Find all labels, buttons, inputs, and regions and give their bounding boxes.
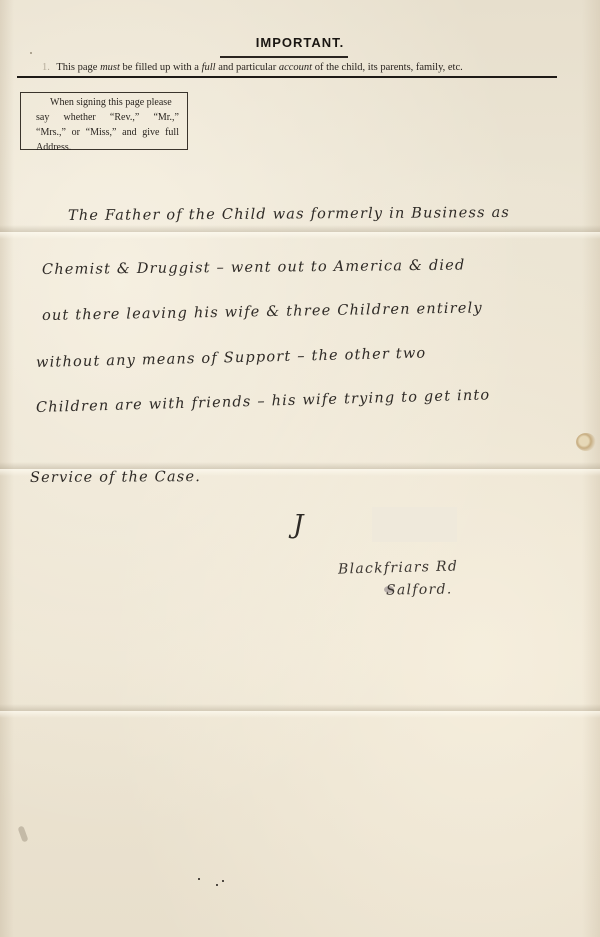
page-title: IMPORTANT.	[0, 35, 600, 50]
paper-scuff	[17, 825, 28, 842]
fold-crease	[0, 225, 600, 239]
instruction-text: 1. This page must be filled up with a fu…	[42, 62, 562, 73]
handwritten-line: The Father of the Child was formerly in …	[68, 205, 510, 224]
redacted-signature-name	[372, 507, 457, 542]
paper-speck	[222, 880, 224, 882]
signature-address-line: Salford.	[386, 581, 453, 598]
instruction-part: and particular	[216, 62, 279, 73]
handwritten-line: Chemist & Druggist – went out to America…	[42, 258, 466, 278]
header-rule	[17, 76, 557, 78]
handwritten-line: Children are with friends – his wife try…	[36, 387, 491, 416]
instruction-part-emphasis: full	[202, 62, 216, 73]
instruction-part: be filled up with a	[120, 62, 202, 73]
document-page: IMPORTANT. 1. This page must be filled u…	[0, 0, 600, 937]
handwritten-line: out there leaving his wife & three Child…	[42, 300, 483, 324]
signature-initial: J	[293, 510, 303, 540]
notice-line: Address.	[36, 140, 179, 155]
handwritten-line: Service of the Case.	[30, 469, 201, 486]
paper-speck	[30, 52, 32, 54]
notice-line: “Mrs.,” or “Miss,” and give full	[36, 125, 179, 140]
instruction-number: 1.	[42, 62, 50, 73]
notice-line: say whether “Rev.,” “Mr.,”	[36, 110, 179, 125]
instruction-part-emphasis: must	[100, 62, 120, 73]
paper-stain	[576, 433, 596, 451]
fold-crease	[0, 704, 600, 718]
title-underline	[220, 56, 348, 58]
instruction-part: This page	[56, 62, 100, 73]
notice-line: When signing this page please	[36, 95, 179, 110]
handwritten-line: without any means of Support – the other…	[36, 345, 427, 371]
instruction-part-emphasis: account	[279, 62, 312, 73]
paper-speck	[216, 884, 218, 886]
signing-notice-box: When signing this page please say whethe…	[20, 92, 188, 150]
instruction-part: of the child, its parents, family, etc.	[312, 62, 463, 73]
paper-speck	[198, 878, 200, 880]
signature-address-line: Blackfriars Rd	[338, 558, 459, 577]
